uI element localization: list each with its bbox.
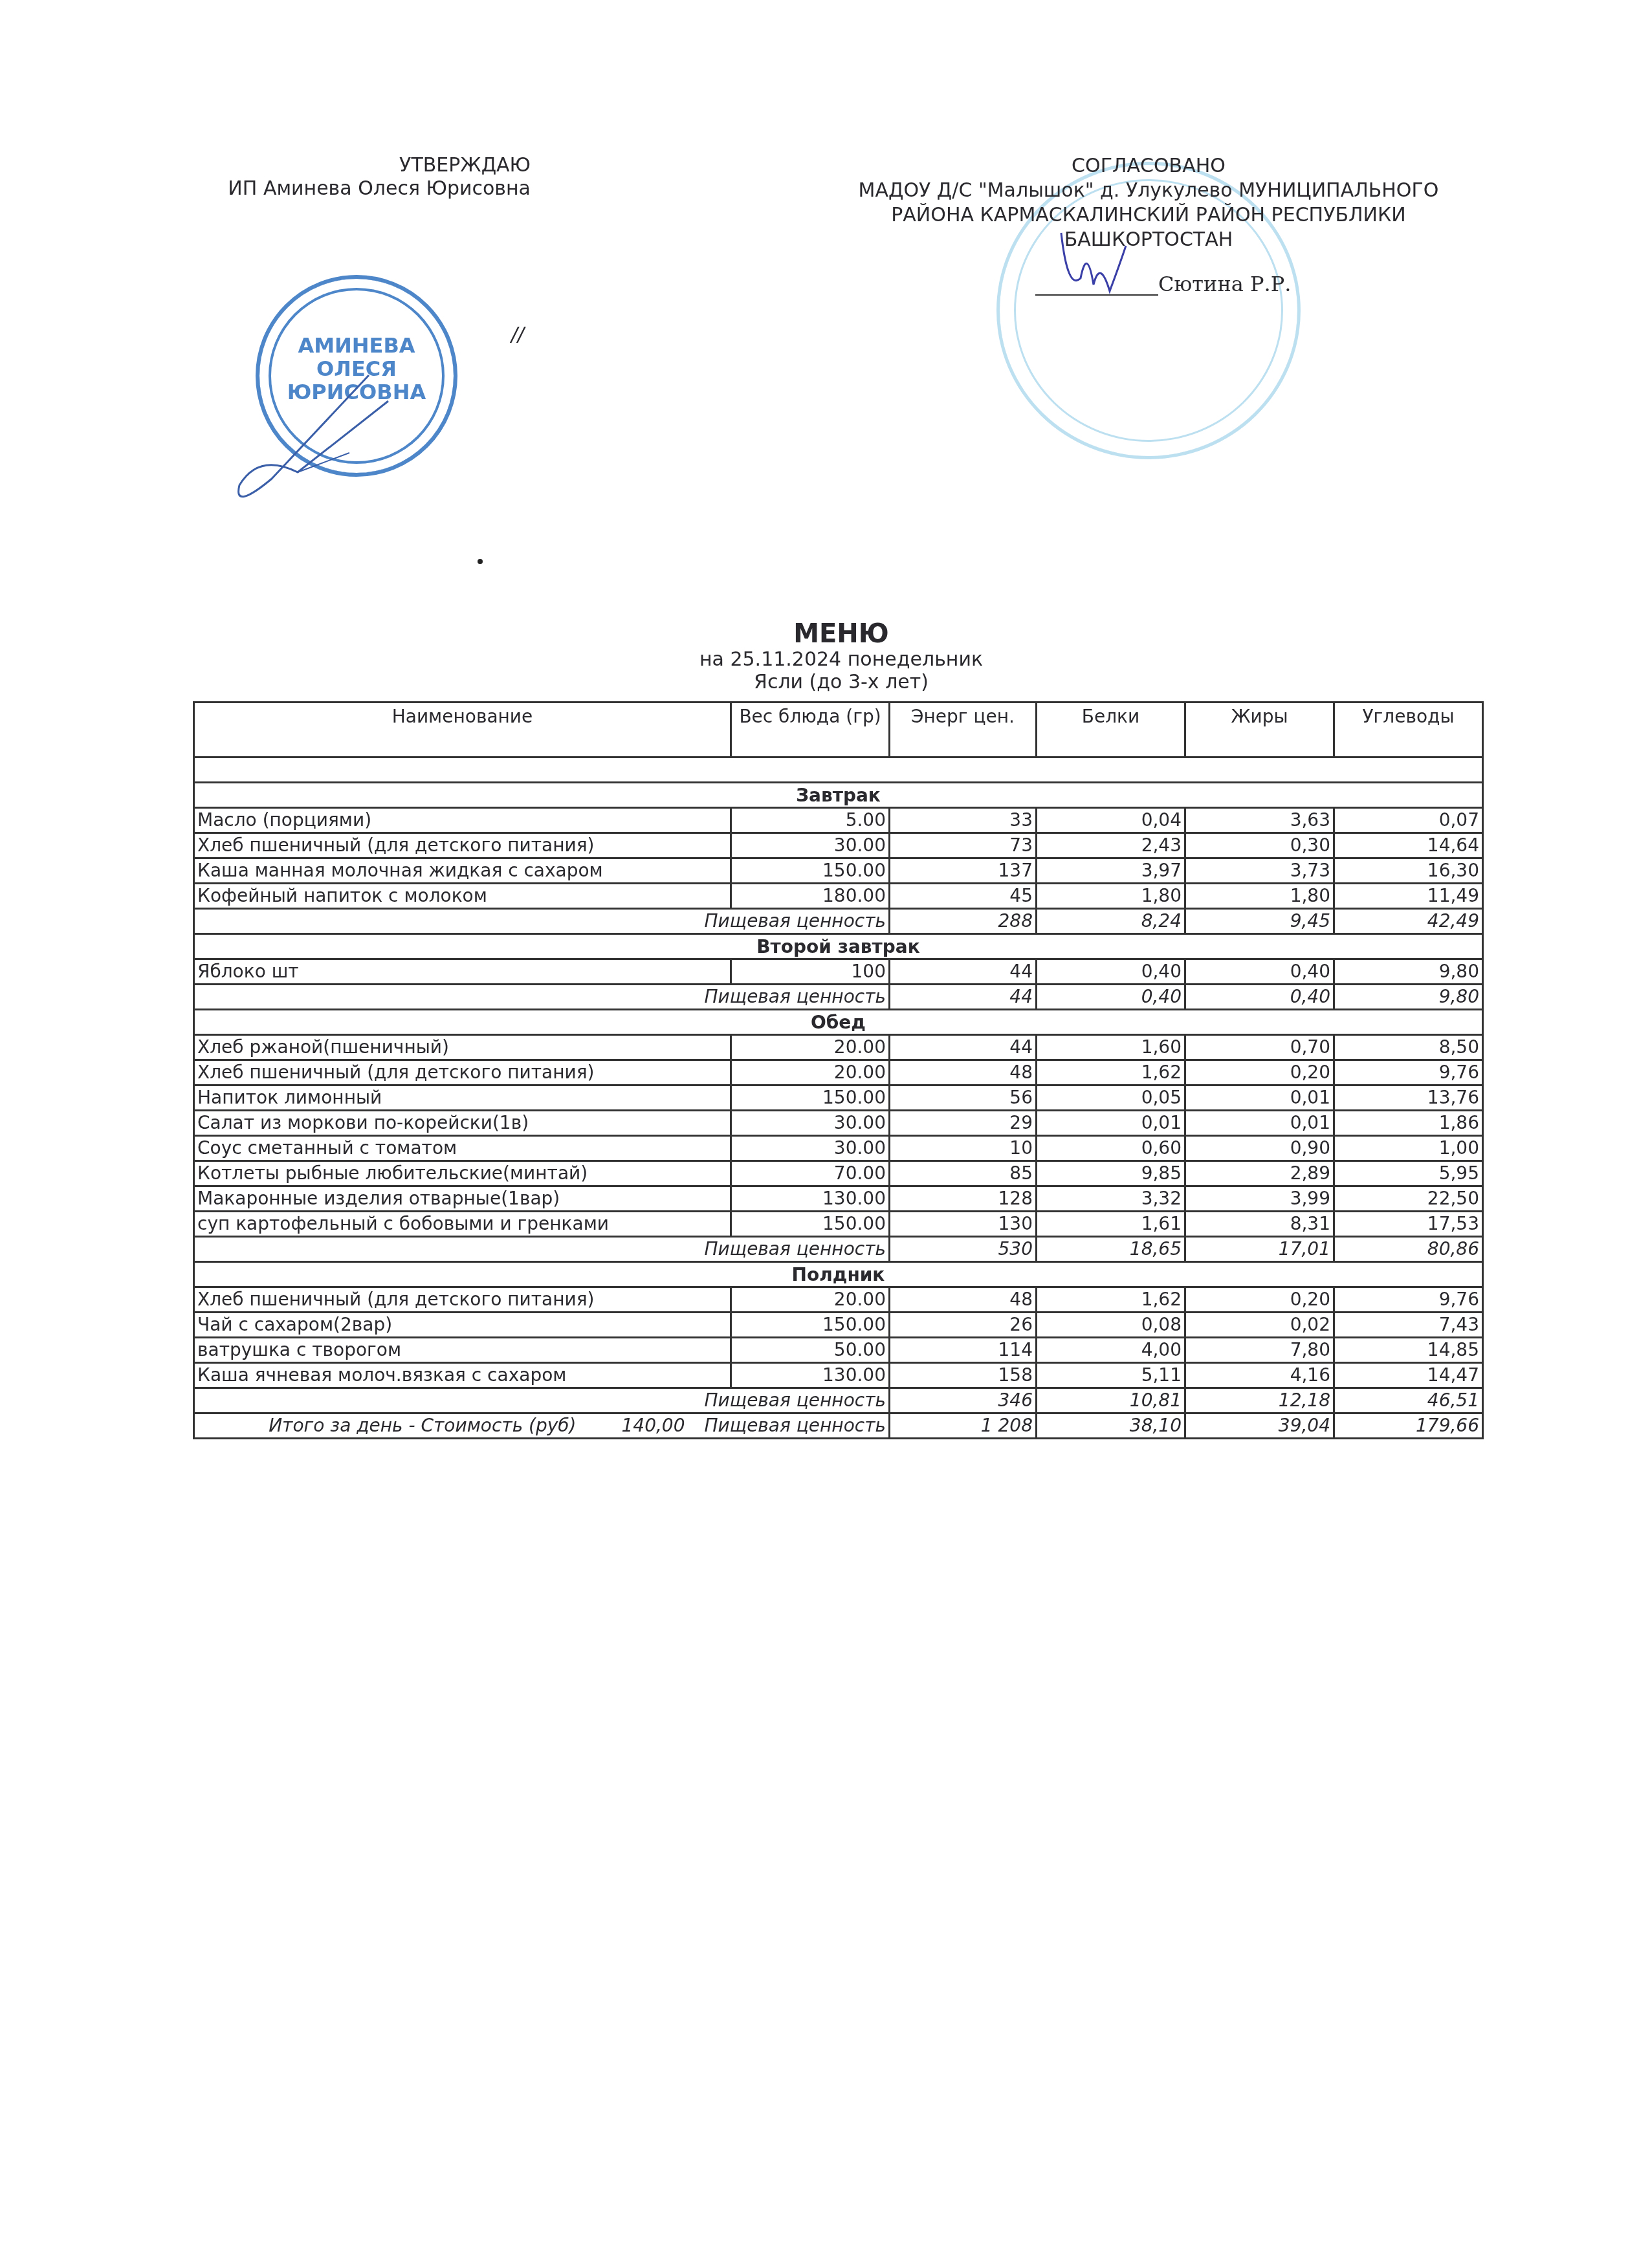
dish-energy: 48: [890, 1287, 1037, 1313]
dish-carbs: 14,47: [1334, 1363, 1483, 1388]
approval-name: ИП Аминева Олеся Юрисовна: [194, 177, 531, 201]
subtotal-fat: 9,45: [1185, 909, 1334, 934]
table-row: Хлеб пшеничный (для детского питания)20.…: [194, 1287, 1483, 1313]
dish-energy: 26: [890, 1313, 1037, 1338]
dish-energy: 29: [890, 1111, 1037, 1136]
total-cost-value: 140,00: [622, 1415, 685, 1436]
table-row: Масло (порциями)5.00330,043,630,07: [194, 808, 1483, 833]
dish-name: Кофейный напиток с молоком: [194, 884, 731, 909]
dish-name: Чай с сахаром(2вар): [194, 1313, 731, 1338]
dish-weight: 150.00: [731, 1212, 890, 1237]
dish-carbs: 11,49: [1334, 884, 1483, 909]
dish-carbs: 0,07: [1334, 808, 1483, 833]
dish-name: суп картофельный с бобовыми и гренками: [194, 1212, 731, 1237]
menu-date: на 25.11.2024 понедельник: [647, 648, 1035, 671]
subtotal-carbs: 9,80: [1334, 985, 1483, 1010]
dish-name: Масло (порциями): [194, 808, 731, 833]
section-header-row: Второй завтрак: [194, 934, 1483, 959]
section-header-row: Завтрак: [194, 783, 1483, 808]
subtotal-protein: 0,40: [1037, 985, 1185, 1010]
dish-weight: 150.00: [731, 858, 890, 884]
dish-name: Напиток лимонный: [194, 1085, 731, 1111]
approval-signature-icon: [220, 362, 401, 518]
subtotal-fat: 17,01: [1185, 1237, 1334, 1262]
dish-protein: 1,60: [1037, 1035, 1185, 1060]
column-header-name: Наименование: [194, 703, 731, 758]
daily-total-label: Итого за день - Стоимость (руб)140,00Пищ…: [194, 1413, 890, 1439]
dish-fat: 3,99: [1185, 1186, 1334, 1212]
dish-name: Салат из моркови по-корейски(1в): [194, 1111, 731, 1136]
dish-protein: 3,97: [1037, 858, 1185, 884]
dish-energy: 114: [890, 1338, 1037, 1363]
dish-protein: 0,01: [1037, 1111, 1185, 1136]
subtotal-energy: 530: [890, 1237, 1037, 1262]
subtotal-label: Пищевая ценность: [194, 1237, 890, 1262]
table-header-row: Наименование Вес блюда (гр) Энерг цен. Б…: [194, 703, 1483, 758]
subtotal-protein: 18,65: [1037, 1237, 1185, 1262]
dish-weight: 30.00: [731, 1136, 890, 1161]
dish-fat: 0,90: [1185, 1136, 1334, 1161]
dish-carbs: 8,50: [1334, 1035, 1483, 1060]
agreement-block: СОГЛАСОВАНО МАДОУ Д/С "Малышок" д. Улуку…: [841, 154, 1456, 252]
dish-carbs: 14,64: [1334, 833, 1483, 858]
dish-energy: 45: [890, 884, 1037, 909]
dish-weight: 70.00: [731, 1161, 890, 1186]
column-header-protein: Белки: [1037, 703, 1185, 758]
agreement-org-line: МАДОУ Д/С "Малышок" д. Улукулево МУНИЦИП…: [841, 179, 1456, 203]
subtotal-energy: 288: [890, 909, 1037, 934]
dish-energy: 44: [890, 959, 1037, 985]
subtotal-carbs: 42,49: [1334, 909, 1483, 934]
dish-protein: 0,60: [1037, 1136, 1185, 1161]
dish-fat: 0,02: [1185, 1313, 1334, 1338]
dish-weight: 20.00: [731, 1287, 890, 1313]
dish-weight: 100: [731, 959, 890, 985]
daily-total-row: Итого за день - Стоимость (руб)140,00Пищ…: [194, 1413, 1483, 1439]
dish-name: Яблоко шт: [194, 959, 731, 985]
section-header-row: Полдник: [194, 1262, 1483, 1287]
table-row: Макаронные изделия отварные(1вар)130.001…: [194, 1186, 1483, 1212]
section-header-row: Обед: [194, 1010, 1483, 1035]
subtotal-carbs: 80,86: [1334, 1237, 1483, 1262]
dish-weight: 150.00: [731, 1085, 890, 1111]
agreement-org-line: РАЙОНА КАРМАСКАЛИНСКИЙ РАЙОН РЕСПУБЛИКИ: [841, 203, 1456, 228]
dish-weight: 50.00: [731, 1338, 890, 1363]
dish-name: Каша ячневая молоч.вязкая с сахаром: [194, 1363, 731, 1388]
subtotal-label: Пищевая ценность: [194, 909, 890, 934]
table-row: Хлеб пшеничный (для детского питания)20.…: [194, 1060, 1483, 1085]
table-row: Хлеб ржаной(пшеничный)20.00441,600,708,5…: [194, 1035, 1483, 1060]
total-cost-label: Итого за день - Стоимость (руб): [269, 1415, 576, 1436]
dish-name: Соус сметанный с томатом: [194, 1136, 731, 1161]
total-protein: 38,10: [1037, 1413, 1185, 1439]
dish-weight: 30.00: [731, 1111, 890, 1136]
table-row: Каша ячневая молоч.вязкая с сахаром130.0…: [194, 1363, 1483, 1388]
menu-title-block: МЕНЮ на 25.11.2024 понедельник Ясли (до …: [647, 620, 1035, 693]
dish-weight: 20.00: [731, 1035, 890, 1060]
dish-fat: 0,01: [1185, 1111, 1334, 1136]
agreement-title: СОГЛАСОВАНО: [841, 154, 1456, 179]
dish-energy: 33: [890, 808, 1037, 833]
dish-carbs: 13,76: [1334, 1085, 1483, 1111]
dish-protein: 3,32: [1037, 1186, 1185, 1212]
dish-protein: 0,08: [1037, 1313, 1185, 1338]
dish-protein: 0,04: [1037, 808, 1185, 833]
dish-carbs: 22,50: [1334, 1186, 1483, 1212]
dish-energy: 158: [890, 1363, 1037, 1388]
dish-carbs: 7,43: [1334, 1313, 1483, 1338]
dish-fat: 1,80: [1185, 884, 1334, 909]
dish-name: Хлеб пшеничный (для детского питания): [194, 1060, 731, 1085]
subtotal-carbs: 46,51: [1334, 1388, 1483, 1413]
total-energy: 1 208: [890, 1413, 1037, 1439]
dish-protein: 1,62: [1037, 1060, 1185, 1085]
menu-table: Наименование Вес блюда (гр) Энерг цен. Б…: [193, 701, 1484, 1439]
dish-protein: 1,61: [1037, 1212, 1185, 1237]
column-header-carbs: Углеводы: [1334, 703, 1483, 758]
dish-protein: 0,40: [1037, 959, 1185, 985]
dish-name: Макаронные изделия отварные(1вар): [194, 1186, 731, 1212]
dish-protein: 9,85: [1037, 1161, 1185, 1186]
header-spacer: [194, 758, 1483, 783]
subtotal-row: Пищевая ценность2888,249,4542,49: [194, 909, 1483, 934]
dish-name: Котлеты рыбные любительские(минтай): [194, 1161, 731, 1186]
subtotal-fat: 0,40: [1185, 985, 1334, 1010]
dish-weight: 130.00: [731, 1363, 890, 1388]
dish-energy: 130: [890, 1212, 1037, 1237]
dish-fat: 2,89: [1185, 1161, 1334, 1186]
dish-energy: 48: [890, 1060, 1037, 1085]
dish-fat: 7,80: [1185, 1338, 1334, 1363]
menu-group: Ясли (до 3-х лет): [647, 671, 1035, 693]
dish-fat: 0,40: [1185, 959, 1334, 985]
subtotal-protein: 8,24: [1037, 909, 1185, 934]
dish-fat: 8,31: [1185, 1212, 1334, 1237]
dish-fat: 0,20: [1185, 1287, 1334, 1313]
dish-energy: 44: [890, 1035, 1037, 1060]
dish-fat: 0,20: [1185, 1060, 1334, 1085]
signer-name: Сютина Р.Р.: [1158, 272, 1291, 296]
dish-protein: 5,11: [1037, 1363, 1185, 1388]
table-row: Соус сметанный с томатом30.00100,600,901…: [194, 1136, 1483, 1161]
dish-name: Хлеб пшеничный (для детского питания): [194, 833, 731, 858]
table-row: ватрушка с творогом50.001144,007,8014,85: [194, 1338, 1483, 1363]
dish-energy: 10: [890, 1136, 1037, 1161]
menu-title: МЕНЮ: [647, 620, 1035, 648]
dish-protein: 1,62: [1037, 1287, 1185, 1313]
table-row: Каша манная молочная жидкая с сахаром150…: [194, 858, 1483, 884]
dish-weight: 5.00: [731, 808, 890, 833]
dish-fat: 0,70: [1185, 1035, 1334, 1060]
dish-carbs: 9,80: [1334, 959, 1483, 985]
subtotal-energy: 44: [890, 985, 1037, 1010]
dish-protein: 1,80: [1037, 884, 1185, 909]
dish-carbs: 5,95: [1334, 1161, 1483, 1186]
dish-energy: 85: [890, 1161, 1037, 1186]
dish-fat: 0,01: [1185, 1085, 1334, 1111]
dish-weight: 150.00: [731, 1313, 890, 1338]
dish-weight: 20.00: [731, 1060, 890, 1085]
dish-carbs: 1,86: [1334, 1111, 1483, 1136]
dish-carbs: 1,00: [1334, 1136, 1483, 1161]
dish-energy: 128: [890, 1186, 1037, 1212]
dish-name: ватрушка с творогом: [194, 1338, 731, 1363]
dish-carbs: 9,76: [1334, 1060, 1483, 1085]
ink-dot: [478, 559, 483, 564]
dish-name: Хлеб пшеничный (для детского питания): [194, 1287, 731, 1313]
section-title: Завтрак: [194, 783, 1483, 808]
menu-body: ЗавтракМасло (порциями)5.00330,043,630,0…: [194, 783, 1483, 1439]
section-title: Второй завтрак: [194, 934, 1483, 959]
signature-line: [1035, 294, 1158, 296]
table-row: Напиток лимонный150.00560,050,0113,76: [194, 1085, 1483, 1111]
total-fat: 39,04: [1185, 1413, 1334, 1439]
dish-protein: 2,43: [1037, 833, 1185, 858]
slashes-mark: //: [511, 323, 524, 346]
total-carbs: 179,66: [1334, 1413, 1483, 1439]
dish-fat: 4,16: [1185, 1363, 1334, 1388]
subtotal-fat: 12,18: [1185, 1388, 1334, 1413]
dish-fat: 3,73: [1185, 858, 1334, 884]
agreement-org-line: БАШКОРТОСТАН: [841, 228, 1456, 252]
column-header-fat: Жиры: [1185, 703, 1334, 758]
dish-name: Хлеб ржаной(пшеничный): [194, 1035, 731, 1060]
dish-carbs: 9,76: [1334, 1287, 1483, 1313]
dish-carbs: 16,30: [1334, 858, 1483, 884]
dish-energy: 137: [890, 858, 1037, 884]
column-header-energy: Энерг цен.: [890, 703, 1037, 758]
dish-weight: 180.00: [731, 884, 890, 909]
table-row: суп картофельный с бобовыми и гренками15…: [194, 1212, 1483, 1237]
subtotal-row: Пищевая ценность34610,8112,1846,51: [194, 1388, 1483, 1413]
dish-name: Каша манная молочная жидкая с сахаром: [194, 858, 731, 884]
subtotal-label: Пищевая ценность: [194, 985, 890, 1010]
table-row: Хлеб пшеничный (для детского питания)30.…: [194, 833, 1483, 858]
dish-weight: 30.00: [731, 833, 890, 858]
dish-carbs: 14,85: [1334, 1338, 1483, 1363]
subtotal-energy: 346: [890, 1388, 1037, 1413]
dish-protein: 4,00: [1037, 1338, 1185, 1363]
dish-protein: 0,05: [1037, 1085, 1185, 1111]
dish-energy: 73: [890, 833, 1037, 858]
total-nutrition-label: Пищевая ценность: [705, 1415, 886, 1436]
agreement-signature-icon: [1048, 220, 1139, 323]
table-row: Салат из моркови по-корейски(1в)30.00290…: [194, 1111, 1483, 1136]
table-row: Котлеты рыбные любительские(минтай)70.00…: [194, 1161, 1483, 1186]
subtotal-row: Пищевая ценность440,400,409,80: [194, 985, 1483, 1010]
section-title: Полдник: [194, 1262, 1483, 1287]
approval-title: УТВЕРЖДАЮ: [388, 154, 531, 177]
dish-carbs: 17,53: [1334, 1212, 1483, 1237]
subtotal-row: Пищевая ценность53018,6517,0180,86: [194, 1237, 1483, 1262]
dish-fat: 3,63: [1185, 808, 1334, 833]
subtotal-protein: 10,81: [1037, 1388, 1185, 1413]
dish-fat: 0,30: [1185, 833, 1334, 858]
table-row: Яблоко шт100440,400,409,80: [194, 959, 1483, 985]
section-title: Обед: [194, 1010, 1483, 1035]
table-row: Чай с сахаром(2вар)150.00260,080,027,43: [194, 1313, 1483, 1338]
table-row: Кофейный напиток с молоком180.00451,801,…: [194, 884, 1483, 909]
dish-energy: 56: [890, 1085, 1037, 1111]
dish-weight: 130.00: [731, 1186, 890, 1212]
subtotal-label: Пищевая ценность: [194, 1388, 890, 1413]
column-header-weight: Вес блюда (гр): [731, 703, 890, 758]
